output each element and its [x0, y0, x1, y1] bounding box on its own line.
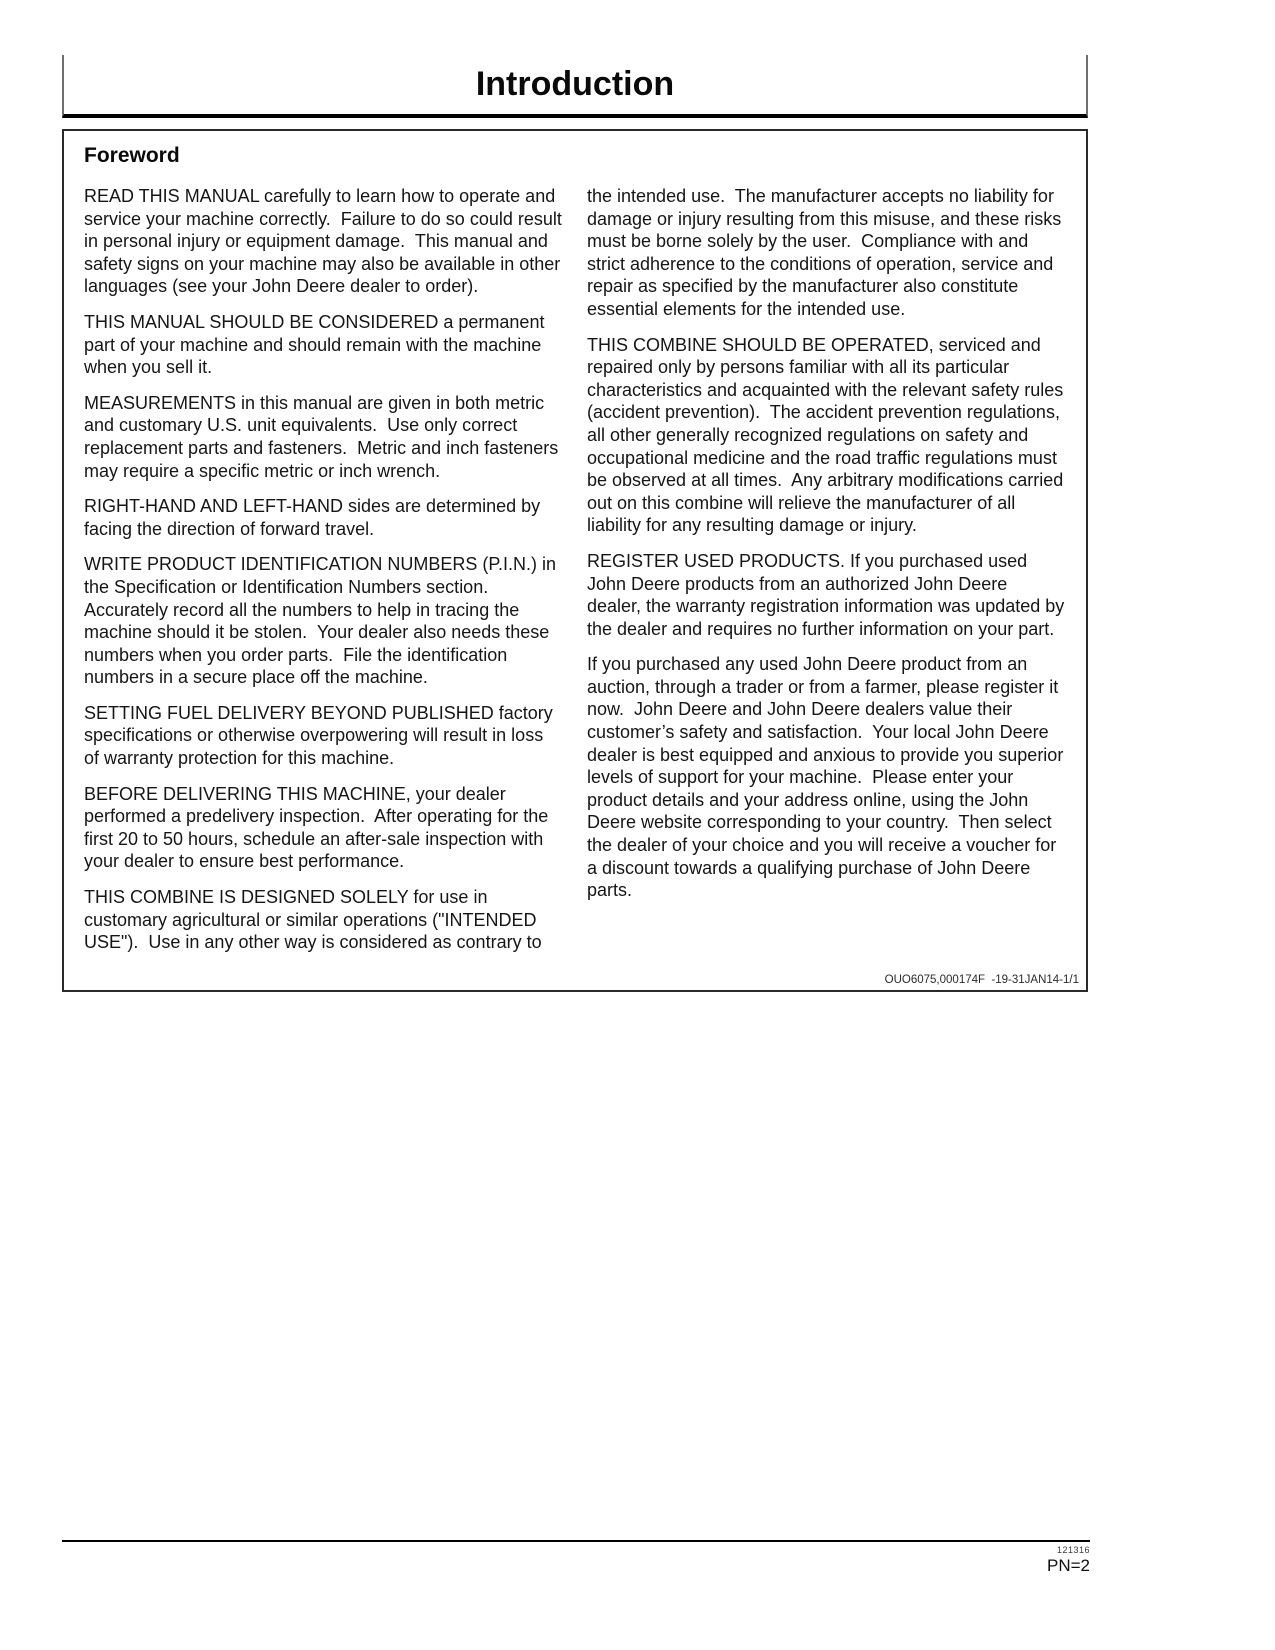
footer-divider [62, 1540, 1090, 1542]
left-column: READ THIS MANUAL carefully to learn how … [84, 185, 563, 967]
paragraph: BEFORE DELIVERING THIS MACHINE, your dea… [84, 783, 563, 873]
page-number: PN=2 [62, 1556, 1090, 1576]
foreword-section: Foreword READ THIS MANUAL carefully to l… [62, 129, 1088, 992]
print-code: 121316 [62, 1545, 1090, 1555]
right-column: the intended use. The manufacturer accep… [587, 185, 1066, 967]
section-title-box: Introduction [62, 55, 1088, 118]
manual-page: Introduction Foreword READ THIS MANUAL c… [0, 0, 1275, 1650]
document-code: OUO6075,000174F -19-31JAN14-1/1 [885, 974, 1079, 986]
paragraph: READ THIS MANUAL carefully to learn how … [84, 185, 563, 298]
paragraph: THIS COMBINE IS DESIGNED SOLELY for use … [84, 886, 563, 954]
paragraph: If you purchased any used John Deere pro… [587, 653, 1066, 902]
text-columns: READ THIS MANUAL carefully to learn how … [84, 185, 1066, 967]
paragraph: WRITE PRODUCT IDENTIFICATION NUMBERS (P.… [84, 553, 563, 689]
paragraph: the intended use. The manufacturer accep… [587, 185, 1066, 321]
paragraph: REGISTER USED PRODUCTS. If you purchased… [587, 550, 1066, 640]
foreword-heading: Foreword [84, 144, 1066, 168]
page-title: Introduction [476, 65, 674, 104]
paragraph: SETTING FUEL DELIVERY BEYOND PUBLISHED f… [84, 702, 563, 770]
paragraph: THIS COMBINE SHOULD BE OPERATED, service… [587, 334, 1066, 537]
paragraph: RIGHT-HAND AND LEFT-HAND sides are deter… [84, 495, 563, 540]
paragraph: MEASUREMENTS in this manual are given in… [84, 392, 563, 482]
paragraph: THIS MANUAL SHOULD BE CONSIDERED a perma… [84, 311, 563, 379]
